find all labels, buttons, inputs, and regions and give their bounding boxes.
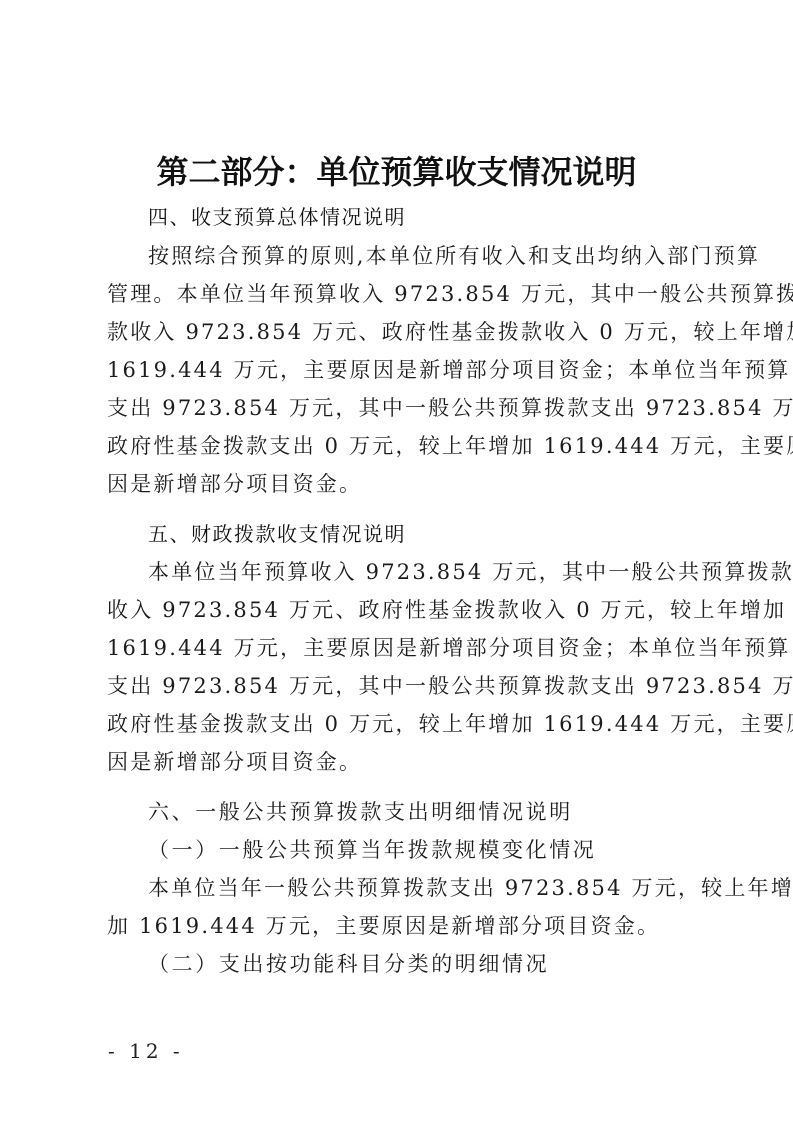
paragraph-line: 收入 9723.854 万元、政府性基金拨款收入 0 万元，较上年增加 bbox=[107, 595, 693, 625]
section-heading-6: 六、一般公共预算拨款支出明细情况说明 bbox=[148, 797, 734, 827]
paragraph-line: 因是新增部分项目资金。 bbox=[107, 747, 693, 777]
paragraph-line: 加 1619.444 万元，主要原因是新增部分项目资金。 bbox=[107, 911, 693, 941]
paragraph-line: 本单位当年预算收入 9723.854 万元，其中一般公共预算拨款 bbox=[148, 557, 734, 587]
paragraph-line: 按照综合预算的原则,本单位所有收入和支出均纳入部门预算 bbox=[148, 241, 734, 271]
paragraph-line: 政府性基金拨款支出 0 万元，较上年增加 1619.444 万元，主要原 bbox=[107, 709, 693, 739]
section-heading-4: 四、收支预算总体情况说明 bbox=[148, 202, 734, 232]
paragraph-line: 支出 9723.854 万元，其中一般公共预算拨款支出 9723.854 万元、 bbox=[107, 393, 693, 423]
document-page: 第二部分：单位预算收支情况说明 四、收支预算总体情况说明 按照综合预算的原则,本… bbox=[0, 0, 793, 1122]
subsection-heading-6-2: （二）支出按功能科目分类的明细情况 bbox=[148, 949, 734, 979]
subsection-heading-6-1: （一）一般公共预算当年拨款规模变化情况 bbox=[148, 835, 734, 865]
paragraph-line: 款收入 9723.854 万元、政府性基金拨款收入 0 万元，较上年增加 bbox=[107, 317, 693, 347]
paragraph-line: 因是新增部分项目资金。 bbox=[107, 469, 693, 499]
paragraph-line: 1619.444 万元，主要原因是新增部分项目资金；本单位当年预算 bbox=[107, 633, 693, 663]
paragraph-line: 政府性基金拨款支出 0 万元，较上年增加 1619.444 万元，主要原 bbox=[107, 431, 693, 461]
paragraph-line: 支出 9723.854 万元，其中一般公共预算拨款支出 9723.854 万元、 bbox=[107, 671, 693, 701]
section-heading-5: 五、财政拨款收支情况说明 bbox=[148, 519, 734, 549]
paragraph-line: 管理。本单位当年预算收入 9723.854 万元，其中一般公共预算拨 bbox=[107, 279, 693, 309]
page-title: 第二部分：单位预算收支情况说明 bbox=[0, 150, 793, 194]
paragraph-line: 本单位当年一般公共预算拨款支出 9723.854 万元，较上年增 bbox=[148, 873, 734, 903]
paragraph-line: 1619.444 万元，主要原因是新增部分项目资金；本单位当年预算 bbox=[107, 355, 693, 385]
page-number: - 12 - bbox=[108, 1038, 184, 1064]
